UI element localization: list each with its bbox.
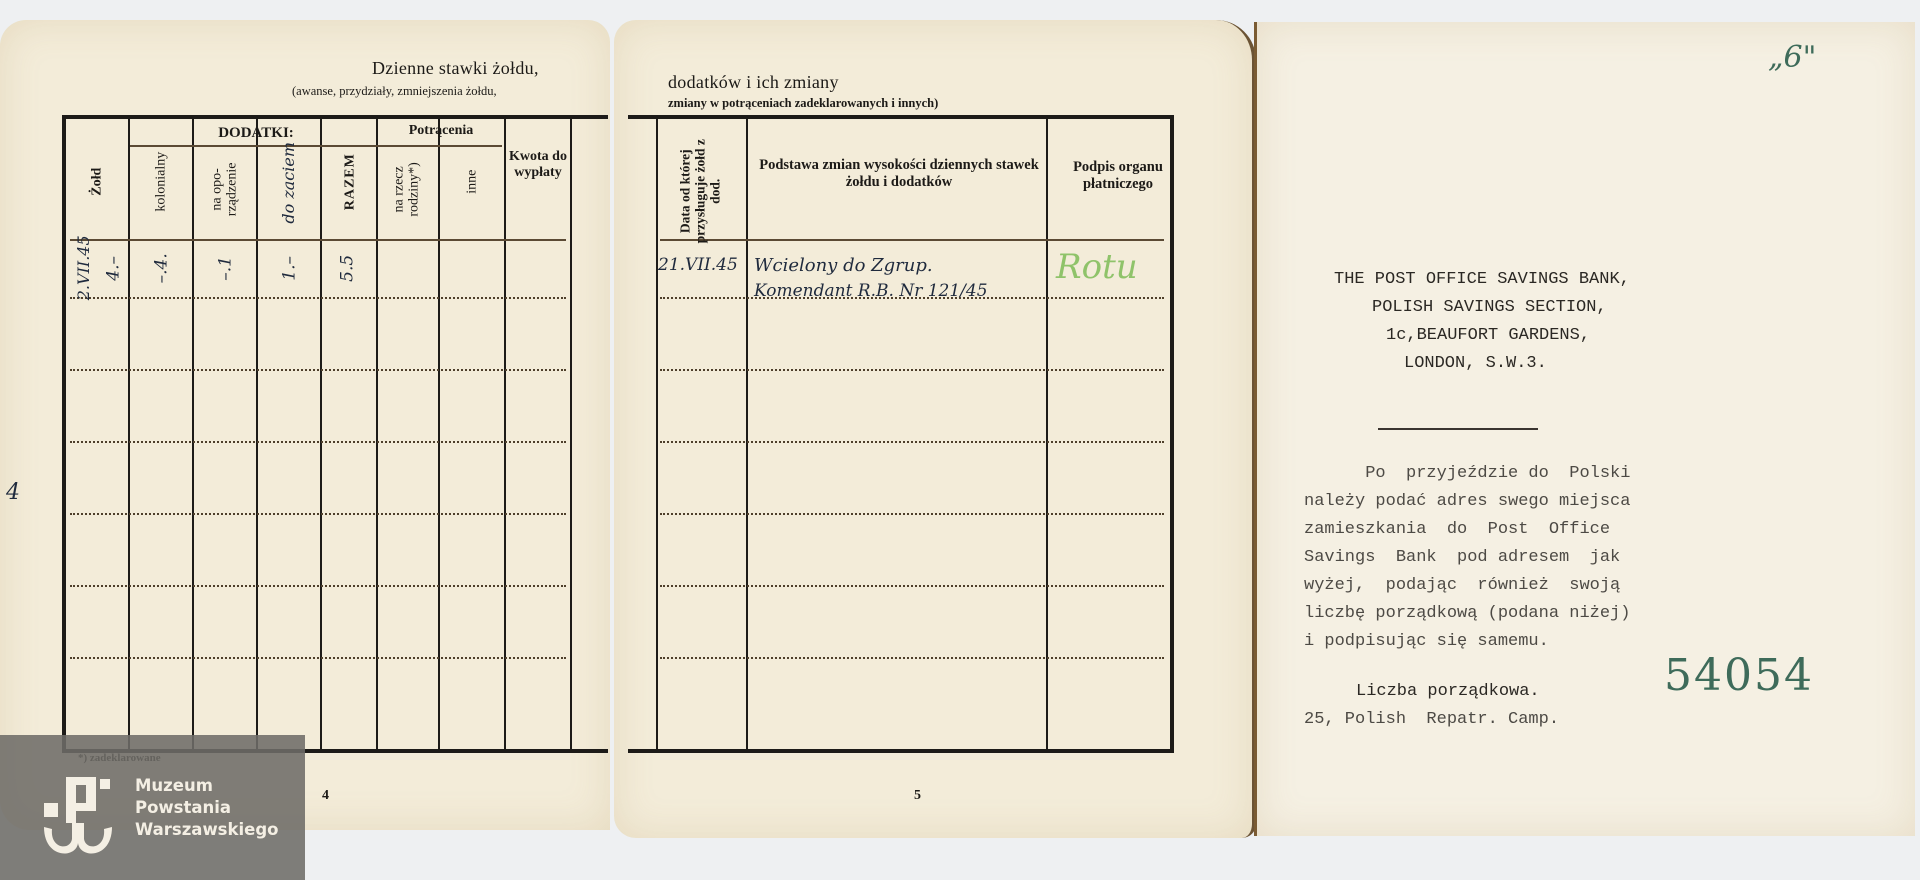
museum-watermark: Muzeum Powstania Warszawskiego <box>0 735 305 880</box>
museum-name-line3: Warszawskiego <box>135 819 278 841</box>
middle-page-title: dodatków i ich zmiany <box>668 72 839 93</box>
notice-line-1: Po przyjeździe do Polski <box>1304 462 1630 486</box>
header-oporzadzenie: na opo- rządzenie <box>210 143 241 235</box>
header-data: Data od której przysługuje żołd z dod. <box>679 136 724 246</box>
cell-data: 21.VII.45 <box>658 255 738 275</box>
order-number: 54054 <box>1664 650 1814 701</box>
margin-mark: 4 <box>6 480 20 505</box>
pay-rates-table: DODATKI: Potrącenia Żołd kolonialny na o… <box>62 115 608 753</box>
camp-line: 25, Polish Repatr. Camp. <box>1304 708 1559 732</box>
address-line-4: LONDON, S.W.3. <box>1404 352 1547 376</box>
museum-name-line2: Powstania <box>135 797 278 819</box>
notice-line-6: liczbę porządkową (podana niżej) <box>1304 602 1630 626</box>
header-kwota: Kwota do wypłaty <box>506 149 570 181</box>
notice-line-5: wyżej, podając również swoją <box>1304 574 1620 598</box>
header-podstawa: Podstawa zmian wysokości dziennych stawe… <box>754 157 1044 190</box>
address-line-2: POLISH SAVINGS SECTION, <box>1372 296 1607 320</box>
header-inne: inne <box>464 136 479 228</box>
corner-mark: „6" <box>1768 40 1816 75</box>
middle-page-subtitle: zmiany w potrąceniach zadeklarowanych i … <box>668 96 938 111</box>
left-page-title: Dzienne stawki żołdu, <box>372 58 539 79</box>
notice-line-3: zamieszkania do Post Office <box>1304 518 1610 542</box>
kotwica-logo-icon <box>40 773 116 859</box>
header-podpis: Podpis organu płatniczego <box>1068 159 1168 192</box>
header-kolonialny: kolonialny <box>153 136 168 228</box>
left-page-subtitle: (awanse, przydziały, zmniejszenia żołdu, <box>292 84 497 99</box>
address-line-3: 1c,BEAUFORT GARDENS, <box>1386 324 1590 348</box>
cell-zold: 4.– <box>105 238 124 298</box>
changes-table: Data od której przysługuje żołd z dod. P… <box>628 115 1174 753</box>
cell-zold-date: 2.VII.45 <box>75 228 93 308</box>
cell-kolonialny: –.4. <box>153 238 172 298</box>
cell-podpis-signature: Rotu <box>1056 247 1138 287</box>
cell-handwritten-col: 1.– <box>281 238 300 298</box>
notice-line-4: Savings Bank pod adresem jak <box>1304 546 1620 570</box>
cell-podstawa-line2: Komendant R.B. Nr 121/45 <box>754 281 988 301</box>
notice-line-7: i podpisując się samemu. <box>1304 630 1549 654</box>
header-handwritten: do zaciem <box>280 137 298 229</box>
header-rodzina: na rzecz rodziny*) <box>392 143 423 235</box>
header-potracenia: Potrącenia <box>378 123 504 139</box>
cell-oporzadzenie: –.1 <box>217 238 236 298</box>
header-zold: Żołd <box>89 137 104 227</box>
address-line-1: THE POST OFFICE SAVINGS BANK, <box>1334 268 1630 292</box>
page-number-5: 5 <box>914 788 921 804</box>
museum-name-line1: Muzeum <box>135 775 278 797</box>
notice-line-2: należy podać adres swego miejsca <box>1304 490 1630 514</box>
cell-razem: 5.5 <box>339 238 358 298</box>
page-number-4: 4 <box>322 788 329 804</box>
order-label: Liczba porządkowa. <box>1356 680 1540 704</box>
museum-name: Muzeum Powstania Warszawskiego <box>135 775 278 841</box>
divider-rule <box>1378 428 1538 430</box>
cell-podstawa-line1: Wcielony do Zgrup. <box>754 255 933 276</box>
header-razem: RAZEM <box>342 136 357 228</box>
